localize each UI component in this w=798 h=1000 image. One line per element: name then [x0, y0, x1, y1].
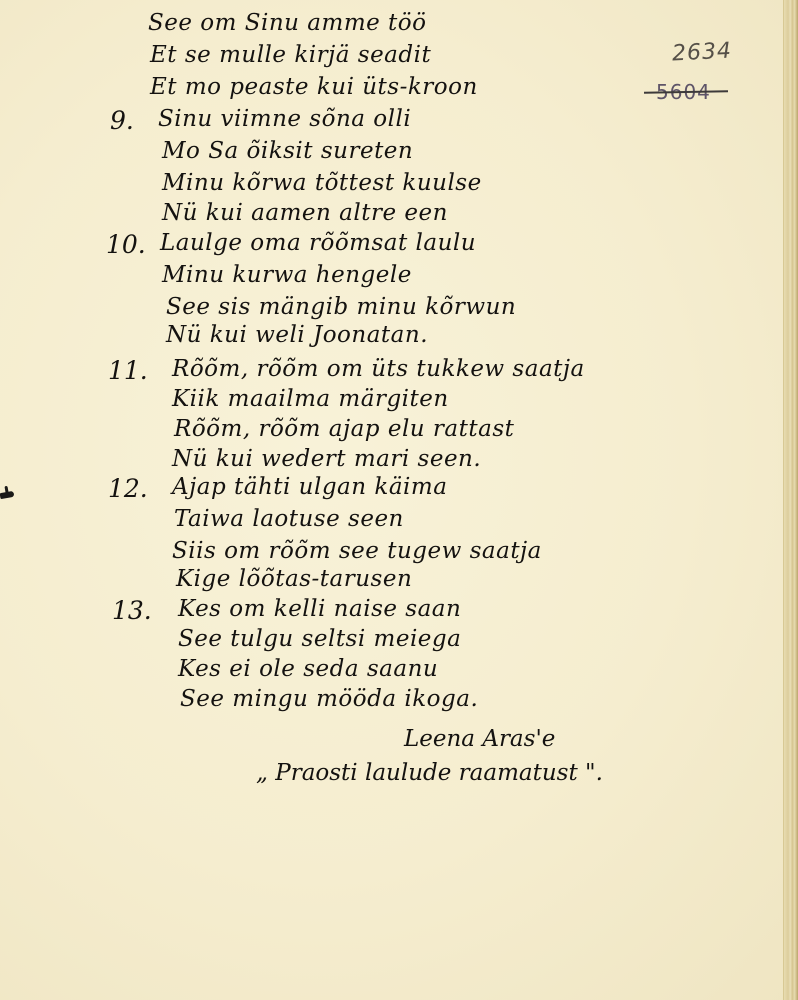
stanza-line: Kige lõõtas-tarusen [176, 566, 412, 592]
stanza-line: Laulge oma rõõmsat laulu [160, 230, 476, 256]
stanza-line: Taiwa laotuse seen [174, 506, 404, 532]
stanza-line: Sinu viimne sõna olli [158, 106, 411, 132]
stanza-line: See tulgu seltsi meiega [178, 626, 461, 652]
opening-line: Et se mulle kirjä seadit [150, 42, 431, 68]
margin-ink-mark [0, 491, 14, 499]
stanza-number: 9. [110, 106, 134, 135]
stanza-line: Mo Sa õiksit sureten [162, 138, 413, 164]
stanza-number: 11. [108, 356, 148, 385]
stanza-line: Nü kui aamen altre een [162, 200, 448, 226]
stanza-line: Kiik maailma märgiten [172, 386, 449, 412]
stanza-line: Kes om kelli naise saan [178, 596, 461, 622]
stanza-line: See mingu mööda ikoga. [180, 686, 478, 712]
opening-line: Et mo peaste kui üts-kroon [150, 74, 478, 100]
stanza-line: Nü kui weli Joonatan. [166, 322, 428, 348]
archive-number: 2634 [671, 38, 732, 66]
page-edge [783, 0, 798, 1000]
source-note: „ Praosti laulude raamatust ". [256, 760, 603, 786]
signature: Leena Aras'e [404, 726, 555, 752]
stanza-line: Kes ei ole seda saanu [178, 656, 438, 682]
stanza-number: 10. [106, 230, 146, 259]
stanza-line: Nü kui wedert mari seen. [172, 446, 481, 472]
manuscript-page: 2634 5604 See om Sinu amme töö Et se mul… [0, 0, 798, 1000]
stanza-number: 12. [108, 474, 148, 503]
stanza-line: Ajap tähti ulgan käima [172, 474, 447, 500]
stanza-line: Minu kurwa hengele [162, 262, 412, 288]
opening-line: See om Sinu amme töö [148, 10, 427, 36]
stanza-line: Rõõm, rõõm ajap elu rattast [174, 416, 514, 442]
stanza-line: Minu kõrwa tõttest kuulse [162, 170, 482, 196]
stanza-line: See sis mängib minu kõrwun [166, 294, 516, 320]
stanza-line: Rõõm, rõõm om üts tukkew saatja [172, 356, 585, 382]
old-number-struck: 5604 [656, 80, 711, 104]
stanza-number: 13. [112, 596, 152, 625]
stanza-line: Siis om rõõm see tugew saatja [172, 538, 542, 564]
